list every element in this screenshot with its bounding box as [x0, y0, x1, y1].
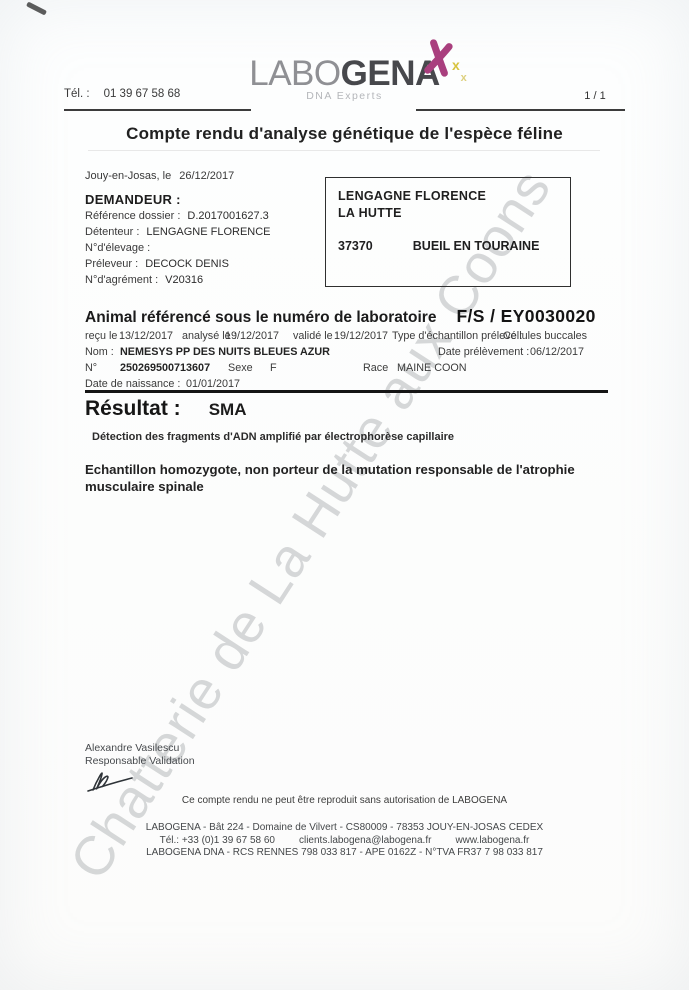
name-label: Nom : — [85, 346, 114, 358]
lab-number: F/S / EY0030020 — [456, 306, 595, 326]
breed-value: MAINE COON — [397, 362, 467, 374]
animal-name: NEMESYS PP DES NUITS BLEUES AZUR — [120, 346, 330, 358]
field-preleveur: Préleveur :DECOCK DENIS — [85, 258, 229, 270]
footer-website: www.labogena.fr — [455, 835, 529, 848]
sample-type-value: Cellules buccales — [503, 330, 587, 342]
title-underline — [88, 150, 600, 151]
field-value: V20316 — [165, 274, 203, 286]
recipient-street: LA HUTTE — [338, 205, 558, 222]
sex-label: Sexe — [228, 362, 253, 374]
x-chromosome-mark-icon: x — [452, 58, 460, 72]
x-chromosome-mark-small-icon: x — [461, 73, 467, 84]
field-num-elevage: N°d'élevage : — [85, 242, 157, 254]
result-conclusion: Echantillon homozygote, non porteur de l… — [85, 461, 619, 495]
logo-wordmark: LABOGENA — [249, 57, 440, 91]
header-rule-right — [416, 109, 625, 111]
animal-id-number: 250269500713607 — [120, 362, 210, 374]
field-num-agrement: N°d'agrément :V20316 — [85, 274, 203, 286]
field-detenteur: Détenteur :LENGAGNE FLORENCE — [85, 226, 271, 238]
footer-address: LABOGENA - Bât 224 - Domaine de Vilvert … — [0, 822, 689, 835]
sampling-date: 06/12/2017 — [530, 346, 584, 358]
field-value: D.2017001627.3 — [187, 210, 268, 222]
header-rule-left — [64, 109, 251, 111]
footer-email: clients.labogena@labogena.fr — [299, 835, 431, 848]
birth-label: Date de naissance : — [85, 378, 180, 390]
document-content: Tél. :01 39 67 58 68 LABOGENA DNA Expert… — [0, 0, 689, 990]
pen-mark — [26, 2, 47, 16]
breed-label: Race — [363, 362, 388, 374]
animal-id-row: N° 250269500713607 Sexe F Race MAINE COO… — [85, 362, 613, 376]
received-label: reçu le : — [85, 330, 123, 342]
footer-block: LABOGENA - Bât 224 - Domaine de Vilvert … — [0, 822, 689, 860]
scanned-report-page: Chatterie de La Hutte aux Coons Tél. :01… — [0, 0, 689, 990]
received-date: 13/12/2017 — [119, 330, 173, 342]
field-value: LENGAGNE FLORENCE — [146, 226, 270, 238]
signatory-name: Alexandre Vasilescu — [85, 742, 179, 754]
place-and-date: Jouy-en-Josas, le26/12/2017 — [85, 170, 234, 182]
field-reference-dossier: Référence dossier :D.2017001627.3 — [85, 210, 269, 222]
reproduction-notice: Ce compte rendu ne peut être reproduit s… — [0, 795, 689, 806]
validated-label: validé le : — [293, 330, 339, 342]
handwritten-signature — [86, 767, 136, 793]
animal-section-heading: Animal référencé sous le numéro de labor… — [85, 306, 596, 327]
field-label: Détenteur : — [85, 226, 139, 238]
field-label: Référence dossier : — [85, 210, 180, 222]
section-divider — [85, 390, 608, 393]
report-title: Compte rendu d'analyse génétique de l'es… — [0, 124, 689, 144]
logo-part-labo: LABO — [249, 54, 340, 93]
animal-dates-row: reçu le : 13/12/2017 analysé le : 19/12/… — [85, 330, 613, 344]
signatory-role: Responsable Validation — [85, 755, 195, 767]
birth-date: 01/01/2017 — [186, 378, 240, 390]
sampling-date-label: Date prélèvement : — [438, 346, 529, 358]
method-description: Détection des fragments d'ADN amplifié p… — [92, 431, 454, 443]
id-label: N° — [85, 362, 97, 374]
recipient-city: BUEIL EN TOURAINE — [413, 239, 540, 253]
demandeur-heading: DEMANDEUR : — [85, 192, 181, 207]
place-label: Jouy-en-Josas, le — [85, 170, 171, 182]
field-label: N°d'élevage : — [85, 242, 150, 254]
validated-date: 19/12/2017 — [334, 330, 388, 342]
result-heading: Résultat :SMA — [85, 397, 246, 421]
test-name: SMA — [209, 400, 247, 419]
field-label: N°d'agrément : — [85, 274, 158, 286]
recipient-address-box: LENGAGNE FLORENCE LA HUTTE 37370 BUEIL E… — [325, 177, 571, 287]
recipient-name: LENGAGNE FLORENCE — [338, 188, 558, 205]
field-value: DECOCK DENIS — [145, 258, 229, 270]
field-label: Préleveur : — [85, 258, 138, 270]
footer-contacts: Tél.: +33 (0)1 39 67 58 60 clients.labog… — [160, 835, 530, 848]
footer-legal: LABOGENA DNA - RCS RENNES 798 033 817 - … — [0, 847, 689, 860]
animal-heading-text: Animal référencé sous le numéro de labor… — [85, 309, 436, 326]
analyzed-date: 19/12/2017 — [225, 330, 279, 342]
animal-name-row: Nom : NEMESYS PP DES NUITS BLEUES AZUR D… — [85, 346, 613, 360]
report-date: 26/12/2017 — [179, 170, 234, 182]
sex-value: F — [270, 362, 277, 374]
page-indicator: 1 / 1 — [560, 90, 630, 102]
footer-phone: Tél.: +33 (0)1 39 67 58 60 — [160, 835, 275, 848]
recipient-postal-code: 37370 — [338, 239, 373, 253]
result-label: Résultat : — [85, 397, 181, 420]
